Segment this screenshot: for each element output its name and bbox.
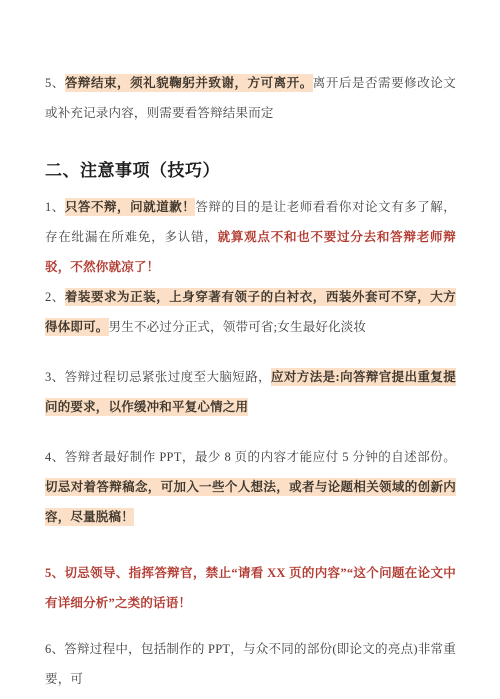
tip-item-3: 3、答辩过程切忌紧张过度至大脑短路，应对方法是:向答辩官提出重复提问的要求，以作… [45,362,456,422]
tip-item-1: 1、只答不辩，问就道歉！答辩的目的是让老师看看你对论文有多了解，存在纰漏在所难免… [45,192,456,282]
normal-run: 答辩者最好制作 PPT，最少 8 页的内容才能应付 5 分钟的自述部份。 [65,450,456,464]
highlight-run: 只答不辩，问就道歉！ [65,198,196,216]
intro-paragraph: 5、答辩结束，须礼貌鞠躬并致谢，方可离开。离开后是否需要修改论文或补充记录内容，… [45,68,456,128]
tip-item-5: 5、切忌领导、指挥答辩官，禁止“请看 XX 页的内容”“这个问题在论文中有详细分… [45,558,456,618]
item-number: 1、 [45,200,65,214]
item-number: 3、 [45,370,65,384]
item-number: 6、 [45,642,64,656]
highlight-run: 切忌对着答辩稿念，可加入一些个人想法，或者与论题相关领域的创新内容，尽量脱稿！ [45,478,456,526]
tip-item-2: 2、着装要求为正装，上身穿著有领子的白衬衣，西装外套可不穿，大方得体即可。男生不… [45,282,456,342]
document-page: 5、答辩结束，须礼貌鞠躬并致谢，方可离开。离开后是否需要修改论文或补充记录内容，… [0,0,500,699]
item-number: 4、 [45,450,65,464]
item-number: 5、 [45,566,64,580]
normal-run: 答辩过程中，包括制作的 PPT，与众不同的部份(即论文的亮点)非常重要，可 [45,642,456,686]
item-number: 2、 [45,290,65,304]
highlight-run: 答辩结束，须礼貌鞠躬并致谢，方可离开。 [65,74,313,92]
item-number: 5、 [45,76,65,90]
section-heading: 二、注意事项（技巧） [45,160,456,182]
normal-run: 答辩过程切忌紧张过度至大脑短路， [65,370,271,384]
tip-item-4: 4、答辩者最好制作 PPT，最少 8 页的内容才能应付 5 分钟的自述部份。切忌… [45,442,456,532]
normal-run: 男生不必过分正式，领带可省;女生最好化淡妆 [109,320,367,334]
red-run: 切忌领导、指挥答辩官，禁止“请看 XX 页的内容”“这个问题在论文中有详细分析”… [45,566,456,610]
tip-item-6: 6、答辩过程中，包括制作的 PPT，与众不同的部份(即论文的亮点)非常重要，可 [45,634,456,694]
